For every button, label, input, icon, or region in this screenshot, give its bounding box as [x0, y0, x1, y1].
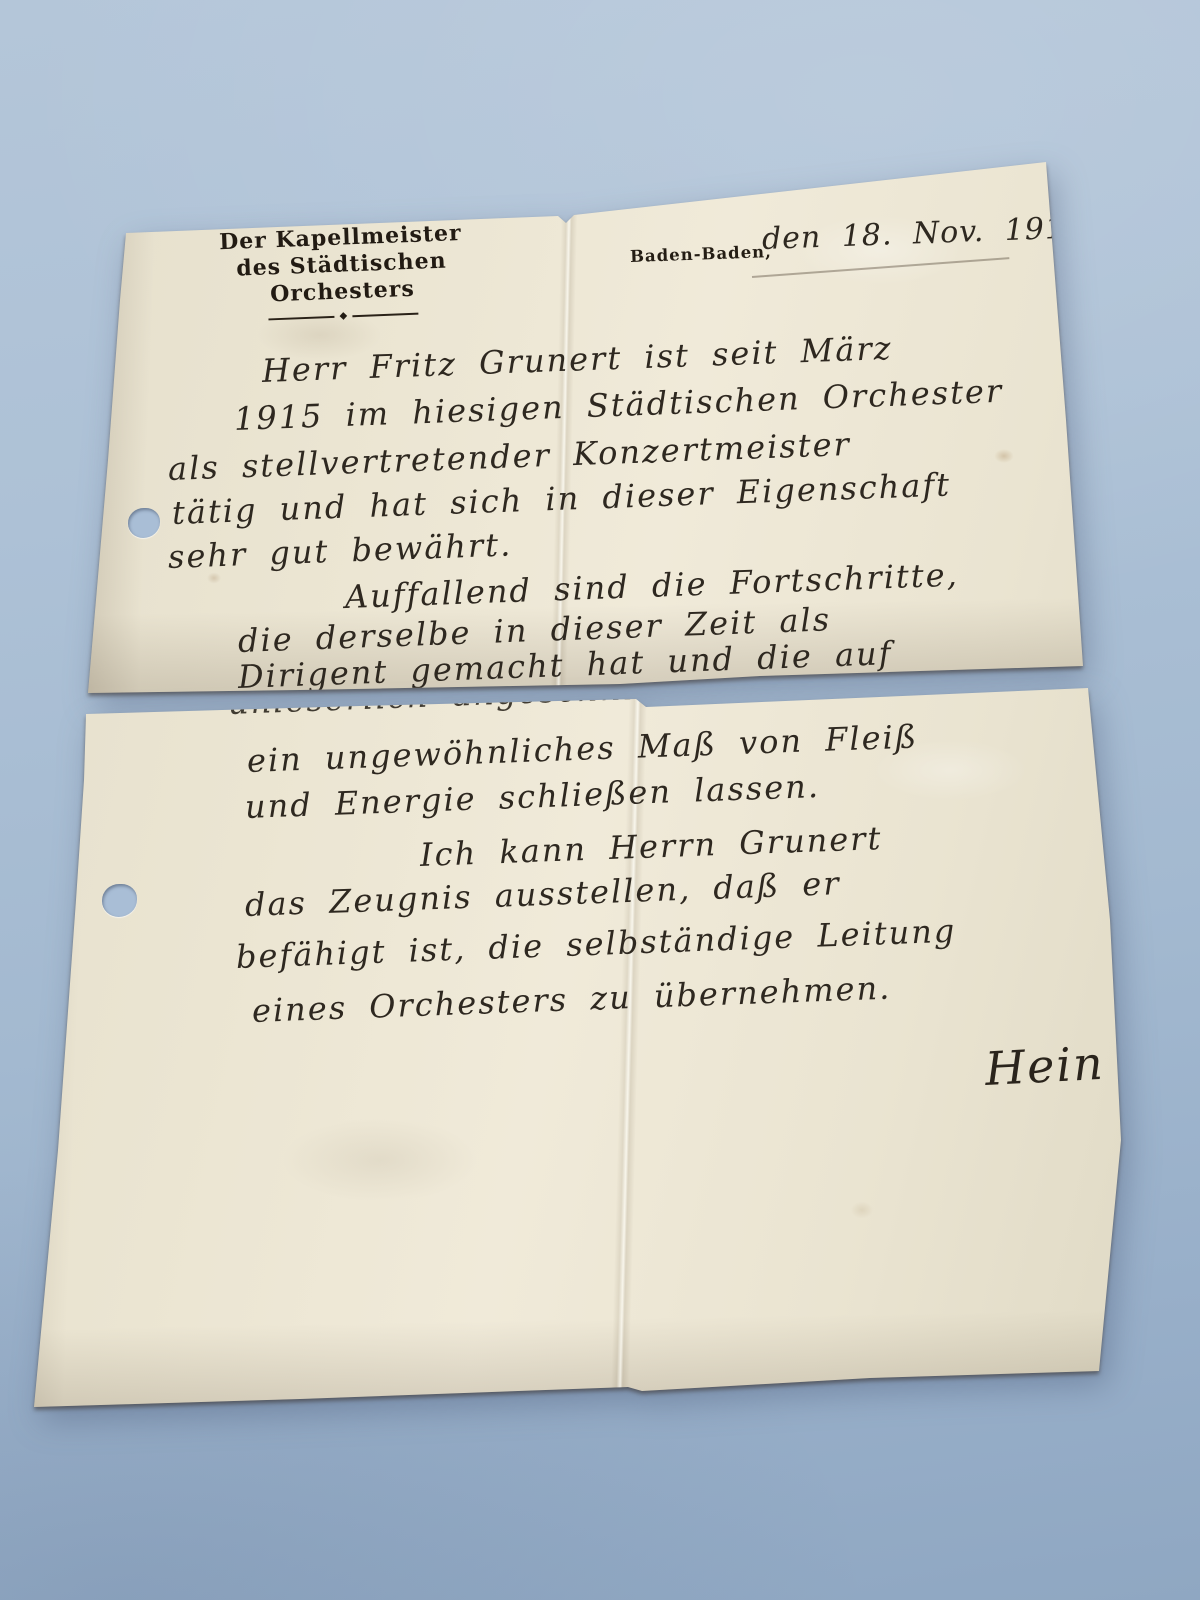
letter-sheet-2: unleserlich angeschnittene Schriftzeile …	[0, 0, 1200, 1600]
letter-sheet-2-shadow: unleserlich angeschnittene Schriftzeile …	[0, 0, 1200, 1600]
signature-handwritten: Hein	[984, 1036, 1106, 1096]
photo-background: Der Kapellmeister des Städtischen Orches…	[0, 0, 1200, 1600]
